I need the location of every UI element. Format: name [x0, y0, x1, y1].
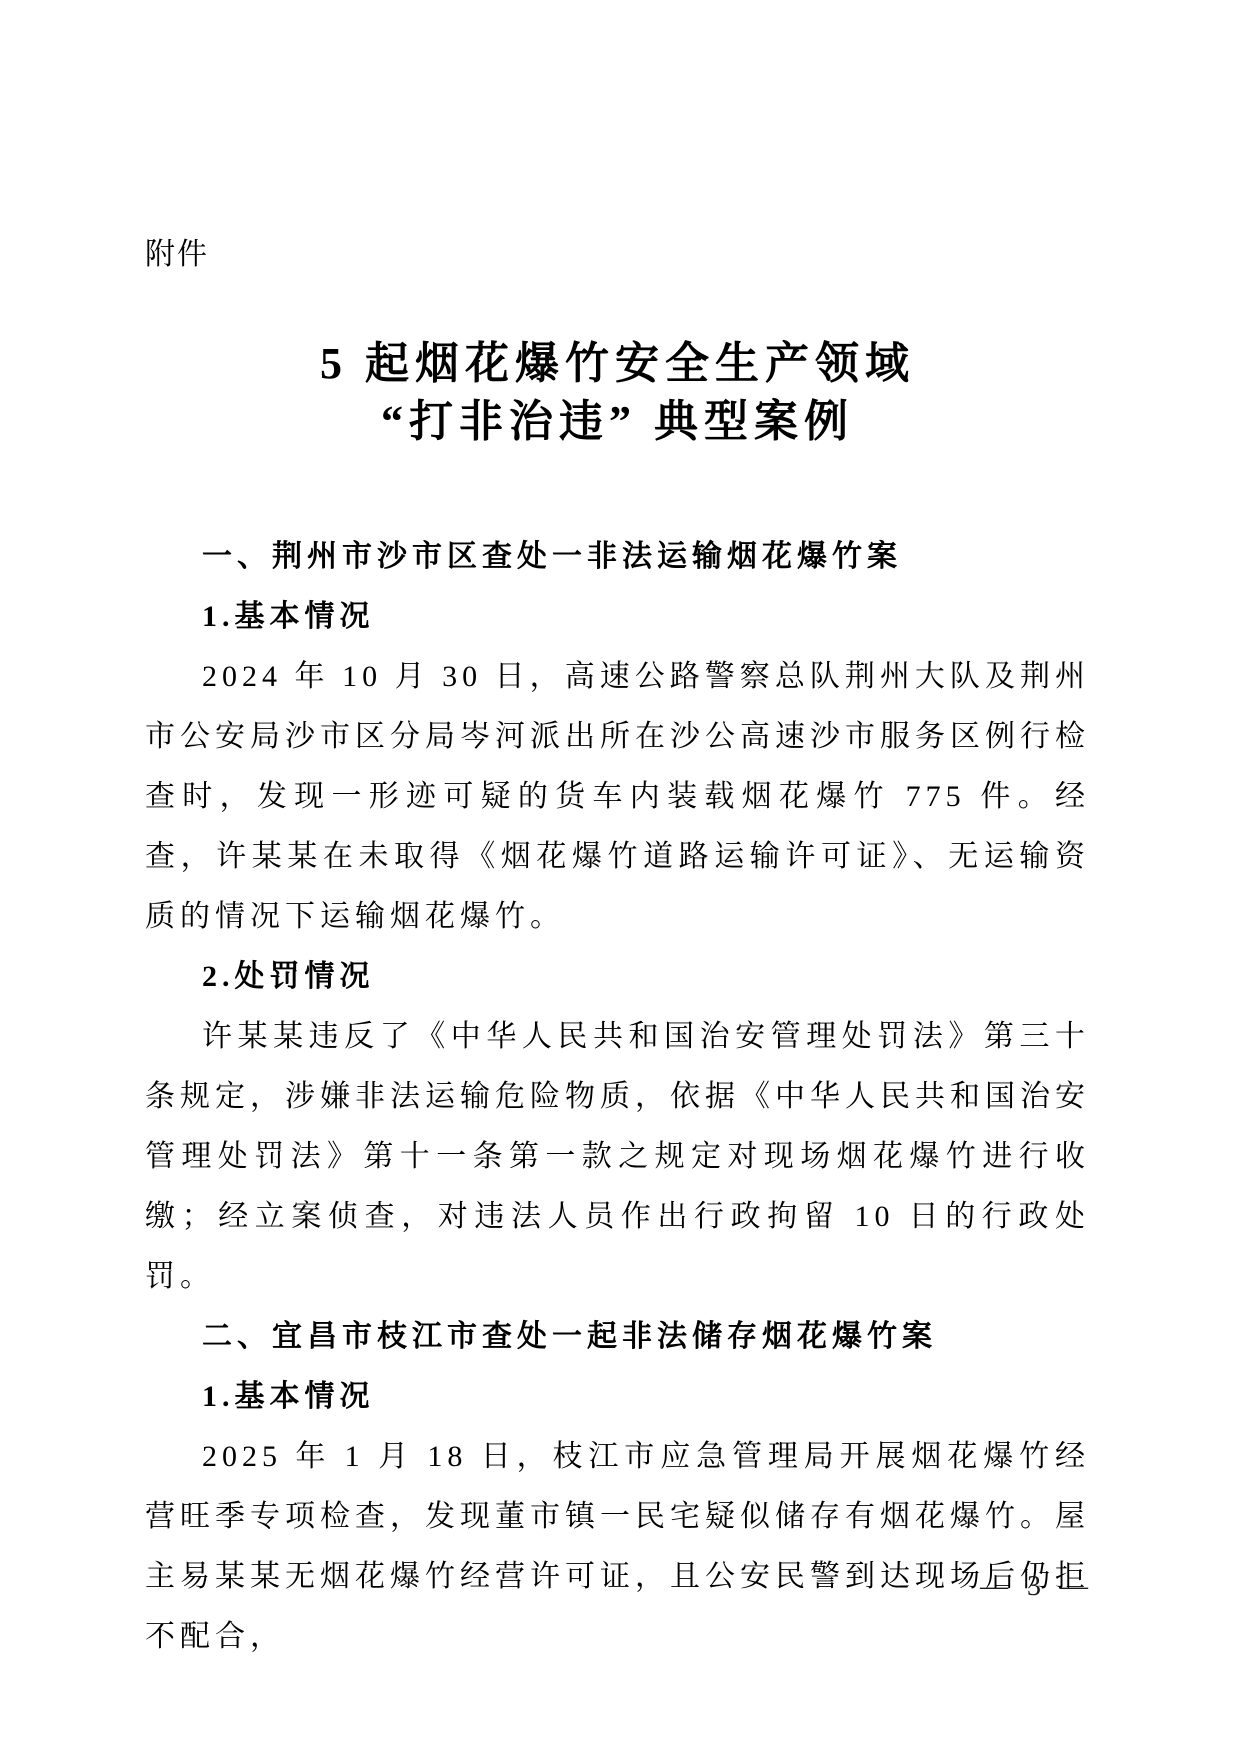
document-page: 附件 5 起烟花爆竹安全生产领域 “打非治违” 典型案例 一、荆州市沙市区查处一…	[0, 0, 1240, 1753]
document-title-line1: 5 起烟花爆竹安全生产领域	[145, 335, 1090, 393]
section-1-subheading-punishment: 2.处罚情况	[145, 947, 1090, 1007]
attachment-label: 附件	[145, 235, 1090, 275]
section-1-subheading-basic-facts: 1.基本情况	[145, 587, 1090, 647]
section-2-heading: 二、宜昌市枝江市查处一起非法储存烟花爆竹案	[145, 1307, 1090, 1367]
section-2-basic-facts-paragraph: 2025 年 1 月 18 日，枝江市应急管理局开展烟花爆竹经营旺季专项检查，发…	[145, 1427, 1090, 1667]
document-title-line2: “打非治违” 典型案例	[145, 393, 1090, 451]
section-1-heading: 一、荆州市沙市区查处一非法运输烟花爆竹案	[145, 527, 1090, 587]
page-number: — 3 —	[980, 1572, 1090, 1602]
document-title: 5 起烟花爆竹安全生产领域 “打非治违” 典型案例	[145, 335, 1090, 451]
section-1-basic-facts-paragraph: 2024 年 10 月 30 日，高速公路警察总队荆州大队及荆州市公安局沙市区分…	[145, 647, 1090, 947]
section-2-subheading-basic-facts: 1.基本情况	[145, 1367, 1090, 1427]
section-1-punishment-paragraph: 许某某违反了《中华人民共和国治安管理处罚法》第三十条规定，涉嫌非法运输危险物质，…	[145, 1007, 1090, 1307]
document-content: 附件 5 起烟花爆竹安全生产领域 “打非治违” 典型案例 一、荆州市沙市区查处一…	[0, 0, 1240, 1667]
